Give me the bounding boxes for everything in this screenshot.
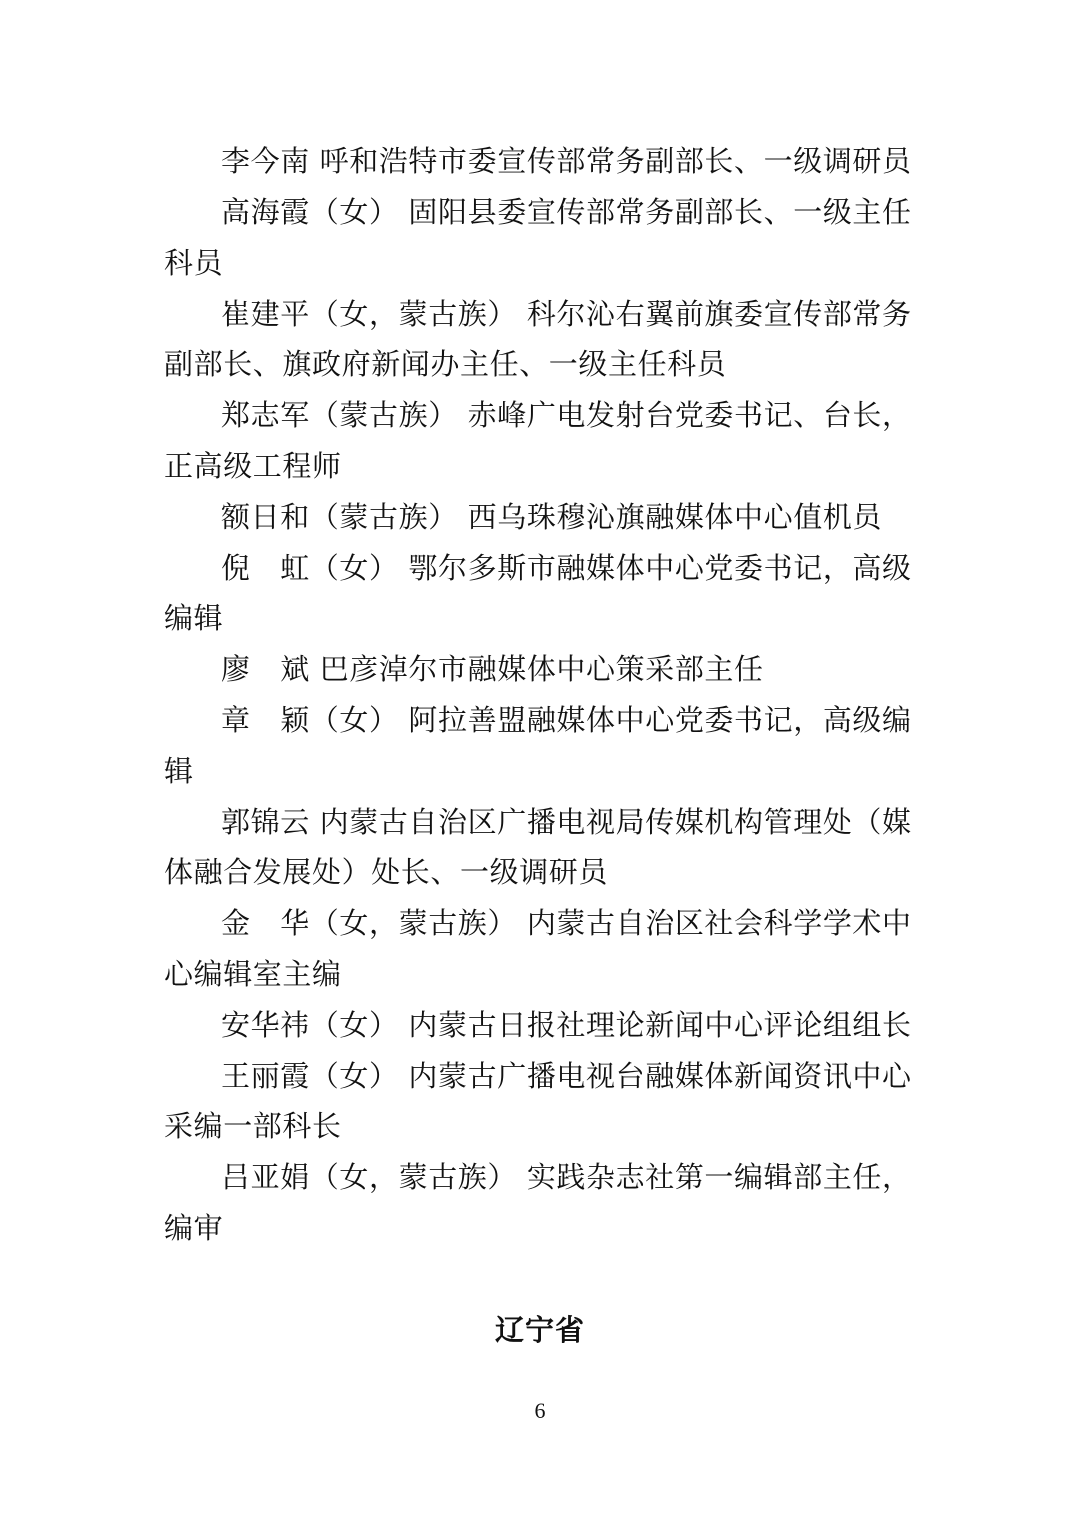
entry-line: 郑志军（蒙古族） 赤峰广电发射台党委书记、台长， bbox=[221, 395, 912, 435]
section-heading: 辽宁省 bbox=[0, 1310, 1080, 1350]
entry-line: 安华祎（女） 内蒙古日报社理论新闻中心评论组组长 bbox=[221, 1005, 912, 1045]
entry-line-continued: 正高级工程师 bbox=[164, 446, 342, 486]
entry-line: 李今南 呼和浩特市委宣传部常务副部长、一级调研员 bbox=[221, 141, 912, 181]
entry-line-continued: 科员 bbox=[164, 243, 223, 283]
entry-line-continued: 辑 bbox=[164, 751, 194, 791]
entry-line: 崔建平（女，蒙古族） 科尔沁右翼前旗委宣传部常务 bbox=[221, 294, 912, 334]
entry-line: 吕亚娟（女，蒙古族） 实践杂志社第一编辑部主任， bbox=[221, 1157, 912, 1197]
document-page: 李今南 呼和浩特市委宣传部常务副部长、一级调研员 高海霞（女） 固阳县委宣传部常… bbox=[0, 0, 1080, 1526]
entry-line: 高海霞（女） 固阳县委宣传部常务副部长、一级主任 bbox=[221, 192, 912, 232]
entry-line: 郭锦云 内蒙古自治区广播电视局传媒机构管理处（媒 bbox=[221, 802, 912, 842]
entry-line: 王丽霞（女） 内蒙古广播电视台融媒体新闻资讯中心 bbox=[221, 1056, 912, 1096]
page-number: 6 bbox=[0, 1398, 1080, 1424]
entry-line-continued: 编审 bbox=[164, 1208, 223, 1248]
entry-line: 廖 斌 巴彦淖尔市融媒体中心策采部主任 bbox=[221, 649, 764, 689]
entry-line-continued: 体融合发展处）处长、一级调研员 bbox=[164, 852, 608, 892]
entry-line-continued: 心编辑室主编 bbox=[164, 954, 342, 994]
entry-line: 金 华（女，蒙古族） 内蒙古自治区社会科学学术中 bbox=[221, 903, 912, 943]
entry-line-continued: 采编一部科长 bbox=[164, 1106, 342, 1146]
entry-line: 倪 虹（女） 鄂尔多斯市融媒体中心党委书记，高级 bbox=[221, 548, 912, 588]
entry-line: 额日和（蒙古族） 西乌珠穆沁旗融媒体中心值机员 bbox=[221, 497, 882, 537]
entry-line: 章 颖（女） 阿拉善盟融媒体中心党委书记，高级编 bbox=[221, 700, 912, 740]
entry-line-continued: 编辑 bbox=[164, 598, 223, 638]
entry-line-continued: 副部长、旗政府新闻办主任、一级主任科员 bbox=[164, 344, 726, 384]
